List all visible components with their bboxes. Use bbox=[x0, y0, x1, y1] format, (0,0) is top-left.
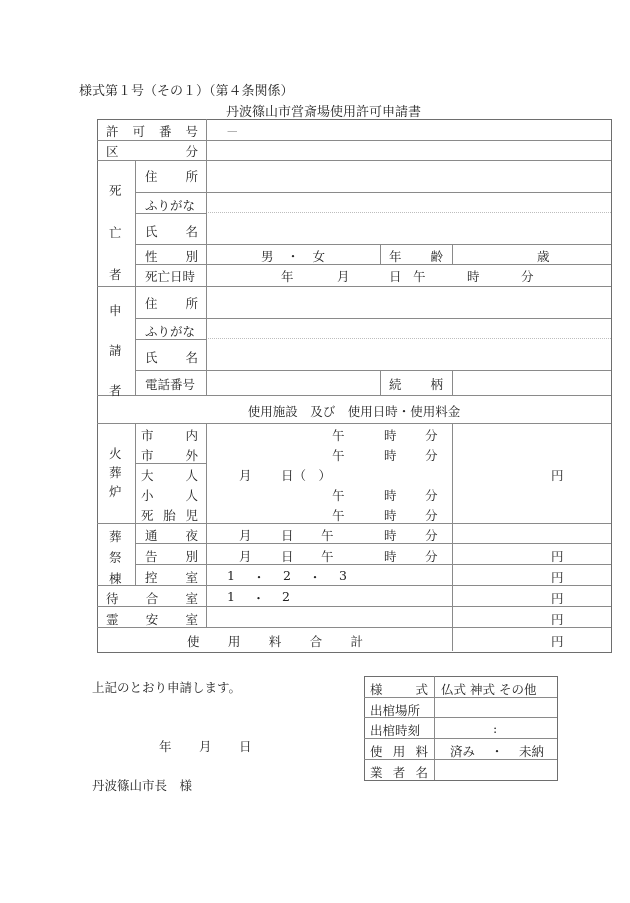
style-label: 様 式 bbox=[370, 680, 428, 698]
gender-female-option[interactable]: 女 bbox=[312, 247, 325, 265]
age-label: 年 齢 bbox=[389, 247, 443, 265]
crematorium-stillborn-label[interactable]: 死 胎 児 bbox=[141, 506, 198, 524]
lounge-options[interactable]: 1 ・ 2 bbox=[227, 589, 290, 607]
waiting-room-label[interactable]: 控 室 bbox=[145, 568, 198, 586]
fee-unpaid-option[interactable]: 未納 bbox=[519, 742, 544, 760]
applicant-furigana-label: ふりがな bbox=[145, 322, 195, 340]
deceased-name-field[interactable] bbox=[207, 214, 610, 243]
farewell-label[interactable]: 告 別 bbox=[145, 547, 198, 565]
crematorium-group-label: 火 葬 炉 bbox=[109, 444, 122, 501]
gender-label: 性 別 bbox=[145, 247, 198, 265]
fee-status-options[interactable]: 済み ・ 未納 bbox=[450, 742, 544, 760]
application-statement: 上記のとおり申請します。 bbox=[92, 678, 241, 696]
farewell-fee-unit: 円 bbox=[551, 547, 564, 565]
permit-number-field[interactable]: － bbox=[226, 122, 239, 140]
phone-label: 電話番号 bbox=[145, 375, 195, 393]
total-fee-field[interactable] bbox=[453, 628, 610, 650]
total-fee-unit: 円 bbox=[551, 632, 564, 650]
fee-status-label: 使 用 料 bbox=[370, 742, 428, 760]
deceased-furigana-label: ふりがな bbox=[145, 196, 195, 214]
applicant-group-label: 申 請 者 bbox=[109, 291, 122, 411]
crematorium-child-label[interactable]: 小 人 bbox=[141, 486, 198, 504]
deceased-address-field[interactable] bbox=[207, 161, 610, 191]
vendor-name-label: 業 者 名 bbox=[370, 763, 428, 781]
relation-field[interactable] bbox=[453, 371, 610, 394]
death-datetime-label: 死亡日時 bbox=[145, 267, 195, 285]
total-fee-label: 使 用 料 合 計 bbox=[187, 632, 363, 650]
waiting-room-options[interactable]: 1 ・ 2 ・ 3 bbox=[227, 568, 347, 586]
mortuary-label: 霊 安 室 bbox=[106, 610, 198, 628]
deceased-address-label: 住 所 bbox=[145, 167, 198, 185]
funeral-hall-group-label: 葬 祭 棟 bbox=[109, 526, 122, 589]
age-unit: 歳 bbox=[537, 247, 550, 265]
vendor-name-field[interactable] bbox=[435, 760, 556, 778]
wake-label[interactable]: 通 夜 bbox=[145, 526, 198, 544]
category-field[interactable] bbox=[207, 141, 610, 159]
lounge-fee-unit: 円 bbox=[551, 589, 564, 607]
departure-place-label: 出棺場所 bbox=[370, 701, 420, 719]
crematorium-fee-unit: 円 bbox=[551, 466, 564, 484]
deceased-group-label: 死 亡 者 bbox=[109, 170, 122, 296]
applicant-furigana-field[interactable] bbox=[207, 319, 610, 337]
form-title: 丹波篠山市営斎場使用許可申請書 bbox=[226, 101, 421, 120]
age-field[interactable] bbox=[453, 245, 610, 263]
applicant-name-label: 氏 名 bbox=[145, 348, 198, 366]
crematorium-adult-label[interactable]: 大 人 bbox=[141, 466, 198, 484]
permit-number-label: 許 可 番 号 bbox=[106, 122, 198, 140]
applicant-address-label: 住 所 bbox=[145, 294, 198, 312]
deceased-furigana-field[interactable] bbox=[207, 193, 610, 211]
crematorium-city-inside-label[interactable]: 市 内 bbox=[141, 426, 198, 444]
category-label: 区 分 bbox=[106, 142, 198, 160]
gender-male-option[interactable]: 男 bbox=[261, 247, 274, 265]
applicant-address-field[interactable] bbox=[207, 287, 610, 317]
deceased-name-label: 氏 名 bbox=[145, 222, 198, 240]
gender-options[interactable]: 男 ・ 女 bbox=[261, 247, 325, 265]
phone-field[interactable] bbox=[207, 371, 379, 394]
relation-label: 続 柄 bbox=[389, 375, 443, 393]
applicant-name-field[interactable] bbox=[207, 340, 610, 369]
crematorium-city-outside-label[interactable]: 市 外 bbox=[141, 446, 198, 464]
style-options[interactable]: 仏式 神式 その他 bbox=[441, 680, 536, 698]
addressee: 丹波篠山市長 様 bbox=[92, 776, 192, 794]
section-title: 使用施設 及び 使用日時・使用料金 bbox=[97, 402, 611, 420]
lounge-label: 待 合 室 bbox=[106, 589, 198, 607]
departure-time-field[interactable]: : bbox=[493, 721, 497, 736]
mortuary-fee-unit: 円 bbox=[551, 610, 564, 628]
mortuary-field[interactable] bbox=[207, 607, 451, 626]
departure-time-label: 出棺時刻 bbox=[370, 721, 420, 739]
fee-paid-option[interactable]: 済み bbox=[450, 742, 475, 760]
crematorium-fee-field[interactable] bbox=[453, 424, 610, 522]
departure-place-field[interactable] bbox=[435, 698, 556, 716]
waiting-room-fee-unit: 円 bbox=[551, 568, 564, 586]
form-number: 様式第１号（その１）（第４条関係） bbox=[79, 80, 294, 99]
